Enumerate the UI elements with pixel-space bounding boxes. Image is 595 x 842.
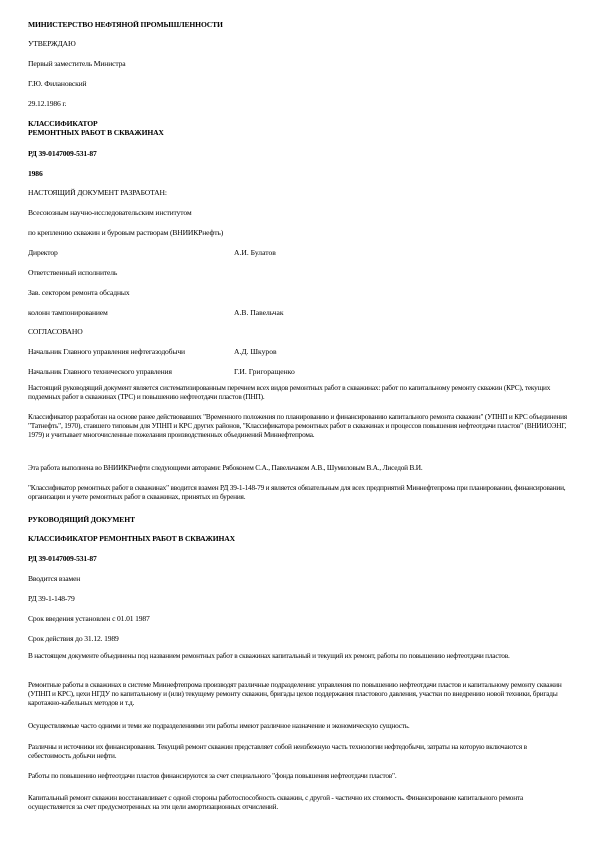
doc-code: РД 39-0147009-531-87 (28, 149, 97, 158)
approval-date: 29.12.1986 г. (28, 99, 66, 108)
approver-name: Г.Ю. Филановский (28, 79, 86, 88)
director-name: А.И. Булатов (234, 248, 276, 257)
institute-line1: Всесоюзным научно-исследовательским инст… (28, 208, 191, 217)
doc-year: 1986 (28, 169, 43, 178)
agreed-heading: СОГЛАСОВАНО (28, 327, 83, 336)
intro-paragraph: "Классификатор ремонтных работ в скважин… (28, 483, 568, 501)
body-paragraph: В настоящем документе объединены под наз… (28, 651, 568, 660)
executor-label: Ответственный исполнитель (28, 268, 117, 277)
effective-from: Срок введения установлен с 01.01 1987 (28, 614, 150, 623)
body-paragraph: Работы по повышению нефтеотдачи пластов … (28, 771, 568, 780)
guide-code: РД 39-0147009-531-87 (28, 554, 97, 563)
executor-line2: колонн тампонированием (28, 308, 108, 317)
body-paragraph: Осуществляемые часто одними и теми же по… (28, 721, 568, 730)
institute-line2: по креплению скважин и буровым растворам… (28, 228, 223, 237)
agreed-row-label: Начальник Главного технического управлен… (28, 367, 172, 376)
intro-paragraph: Настоящий руководящий документ является … (28, 383, 568, 401)
guide-title: КЛАССИФИКАТОР РЕМОНТНЫХ РАБОТ В СКВАЖИНА… (28, 534, 235, 543)
executor-line1: Зав. сектором ремонта обсадных (28, 288, 129, 297)
developers-heading: НАСТОЯЩИЙ ДОКУМЕНТ РАЗРАБОТАН: (28, 188, 167, 197)
executor-name: А.В. Павельчак (234, 308, 284, 317)
approver-title: Первый заместитель Министра (28, 59, 125, 68)
intro-paragraph: Эта работа выполнена во ВНИИКРнефти след… (28, 463, 568, 472)
director-label: Директор (28, 248, 58, 257)
replaces-code: РД 39-1-148-79 (28, 594, 75, 603)
doc-title-line2: РЕМОНТНЫХ РАБОТ В СКВАЖИНАХ (28, 128, 164, 137)
valid-until: Срок действия до 31.12. 1989 (28, 634, 119, 643)
agreed-row-name: А.Д. Шкуров (234, 347, 277, 356)
ministry-heading: МИНИСТЕРСТВО НЕФТЯНОЙ ПРОМЫШЛЕННОСТИ (28, 20, 223, 29)
body-paragraph: Ремонтные работы в скважинах в системе М… (28, 680, 568, 708)
doc-title-line1: КЛАССИФИКАТОР (28, 119, 97, 128)
agreed-row-label: Начальник Главного управления нефтегазод… (28, 347, 185, 356)
intro-paragraph: Классификатор разработан на основе ранее… (28, 412, 568, 440)
agreed-row-name: Г.И. Григоращенко (234, 367, 295, 376)
guide-heading: РУКОВОДЯЩИЙ ДОКУМЕНТ (28, 515, 135, 524)
body-paragraph: Различны и источники их финансирования. … (28, 742, 568, 760)
approve-label: УТВЕРЖДАЮ (28, 39, 76, 48)
replaces-label: Вводится взамен (28, 574, 80, 583)
body-paragraph: Капитальный ремонт скважин восстанавлива… (28, 793, 568, 811)
